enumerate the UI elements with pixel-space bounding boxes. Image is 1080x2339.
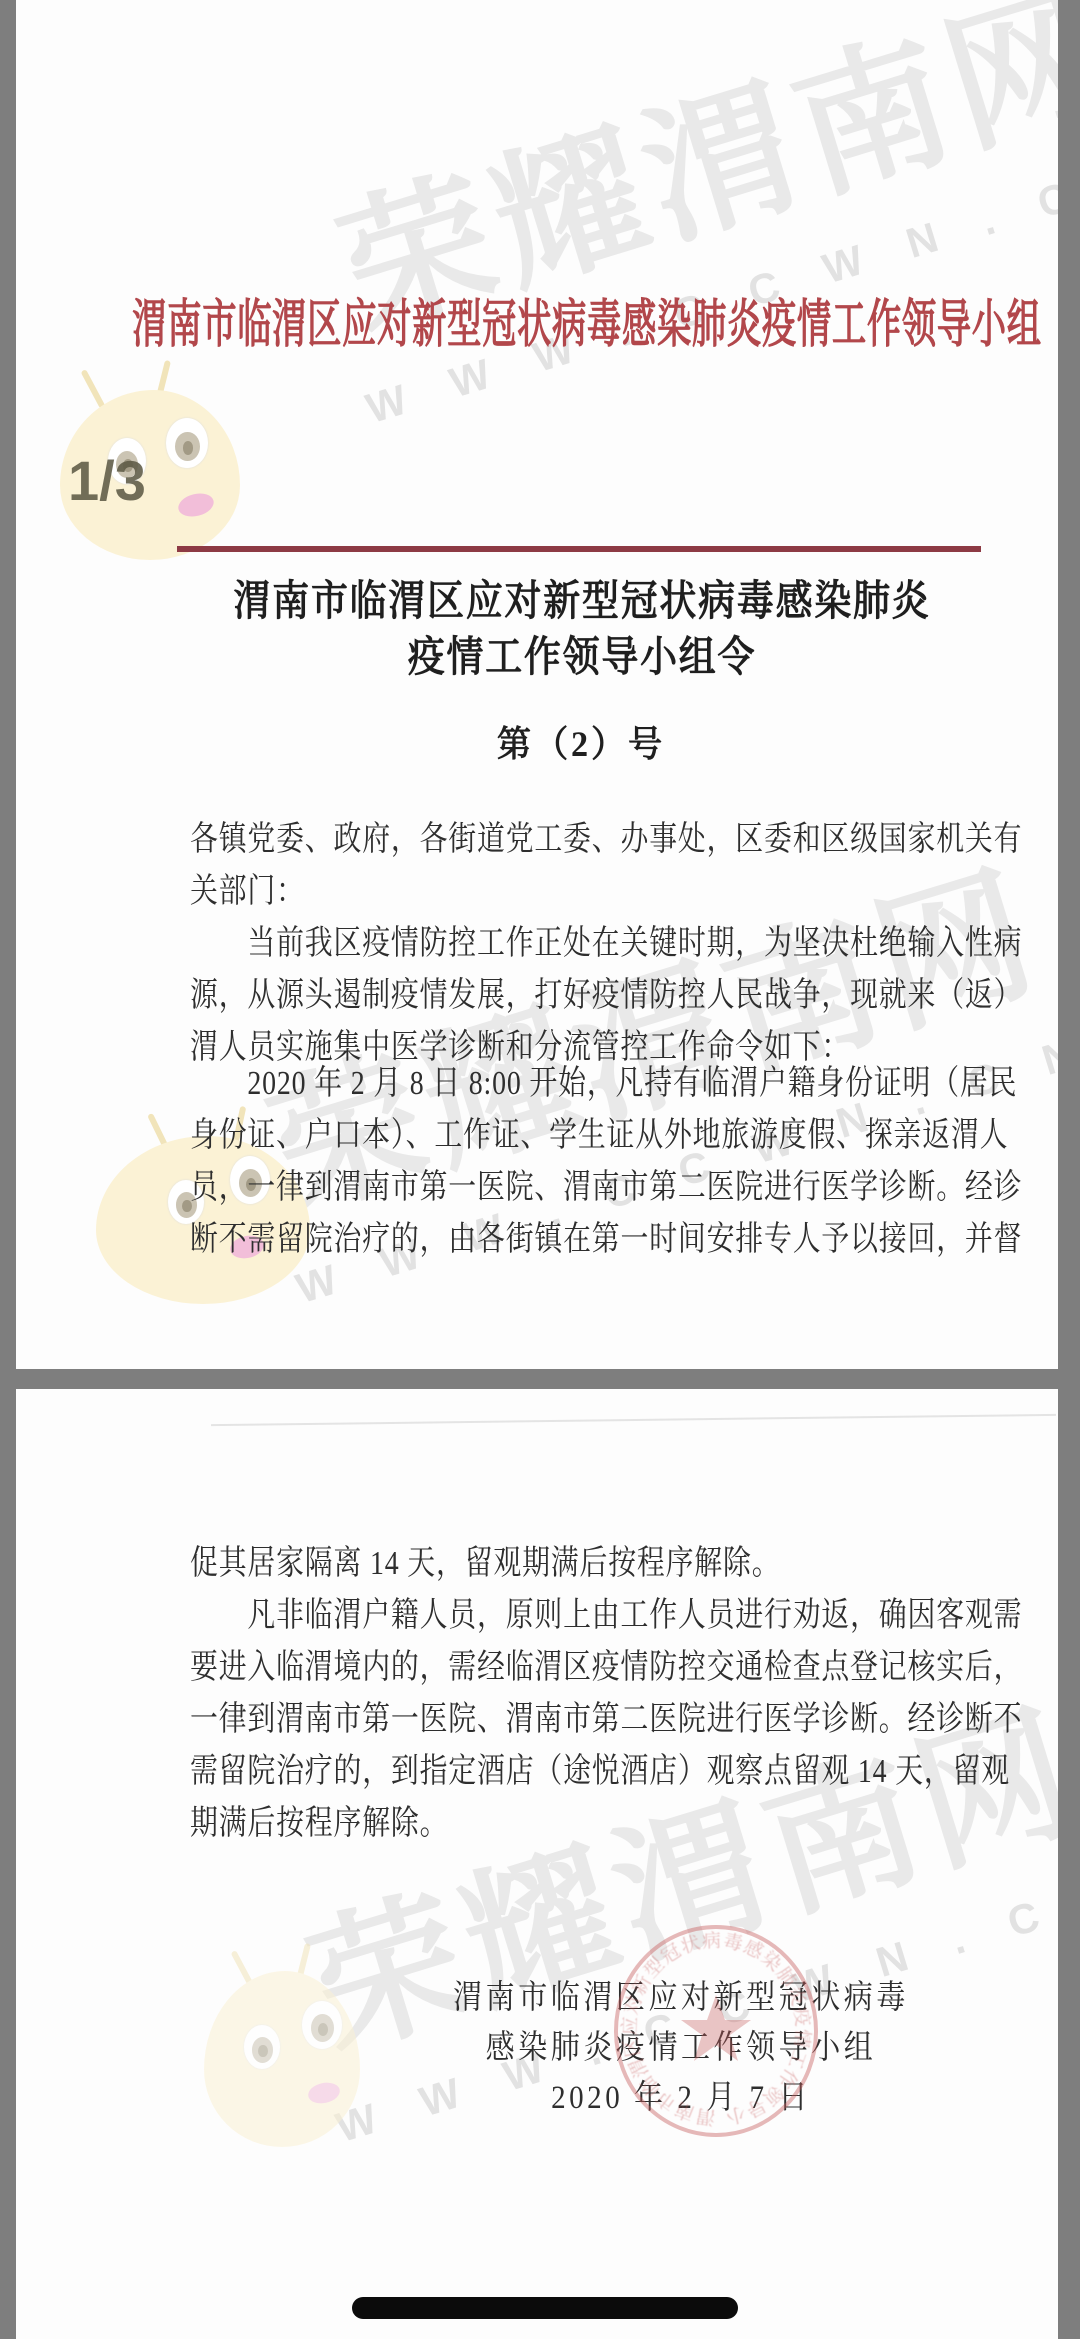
home-indicator-bar[interactable] [352, 2297, 738, 2319]
seal-star-icon [681, 1995, 751, 2061]
mascot-eye [166, 418, 208, 468]
page-indicator: 1/3 [68, 448, 146, 513]
mascot-eye [302, 2001, 342, 2049]
doc-line: 一律到渭南市第一医院、渭南市第二医院进行医学诊断。经诊断不 [190, 1694, 1022, 1746]
red-banner-title-text: 渭南市临渭区应对新型冠状病毒感染肺炎疫情工作领导小组 [132, 282, 1041, 357]
doc-line: 凡非临渭户籍人员，原则上由工作人员进行劝返，确因客观需 [247, 1590, 1022, 1642]
mascot-eye [244, 2025, 280, 2069]
doc-line: 当前我区疫情防控工作正处在关键时期，为坚决杜绝输入性病 [247, 918, 1022, 970]
doc-line: 期满后按程序解除。 [190, 1798, 448, 1850]
mascot-antenna [80, 369, 105, 409]
title-divider-rule [177, 546, 981, 552]
doc-title-line1: 渭南市临渭区应对新型冠状病毒感染肺炎 [186, 568, 978, 628]
document-photo-2[interactable]: 荣耀渭南网 W W W . C C W N . C N 促其居家隔离 14 天，… [16, 1389, 1058, 2339]
scan-artifact-line [211, 1414, 1056, 1426]
doc-line: 关部门： [190, 866, 305, 918]
doc-line: 断不需留院治疗的，由各街镇在第一时间安排专人予以接回，并督 [190, 1214, 1022, 1266]
doc-line: 2020 年 2 月 8 日 8:00 开始，凡持有临渭户籍身份证明（居民 [247, 1058, 1017, 1110]
official-seal: 渭南市临渭区应对新型冠状病毒感染肺炎疫情工作领导小组 [608, 1923, 824, 2139]
doc-line: 身份证、户口本）、工作证、学生证从外地旅游度假、探亲返渭人 [190, 1110, 1008, 1162]
red-banner-title: 渭南市临渭区应对新型冠状病毒感染肺炎疫情工作领导小组 [16, 282, 1058, 357]
doc-line: 员，一律到渭南市第一医院、渭南市第二医院进行医学诊断。经诊 [190, 1162, 1022, 1214]
doc-line: 要进入临渭境内的，需经临渭区疫情防控交通检查点登记核实后， [190, 1642, 1022, 1694]
watermark-tile: 荣耀渭南网 W W W . C C W N . C N [293, 0, 1058, 433]
doc-title-line2: 疫情工作领导小组令 [384, 624, 780, 684]
doc-number: 第（2）号 [492, 716, 669, 767]
doc-line: 促其居家隔离 14 天，留观期满后按程序解除。 [190, 1538, 780, 1590]
doc-line: 各镇党委、政府，各街道党工委、办事处，区委和区级国家机关有 [190, 814, 1022, 866]
doc-line: 源，从源头遏制疫情发展，打好疫情防控人民战争，现就来（返） [190, 970, 1022, 1022]
document-photo-1[interactable]: 荣耀渭南网 W W W . C C W N . C N 荣耀渭南网 W W W … [16, 0, 1058, 1369]
photo-gap-divider [0, 1369, 1080, 1389]
image-viewer-screen: 荣耀渭南网 W W W . C C W N . C N 荣耀渭南网 W W W … [0, 0, 1080, 2339]
mascot-face [204, 1971, 360, 2147]
mascot-sticker [204, 1971, 360, 2147]
doc-line: 需留院治疗的，到指定酒店（途悦酒店）观察点留观 14 天，留观 [190, 1746, 1010, 1798]
